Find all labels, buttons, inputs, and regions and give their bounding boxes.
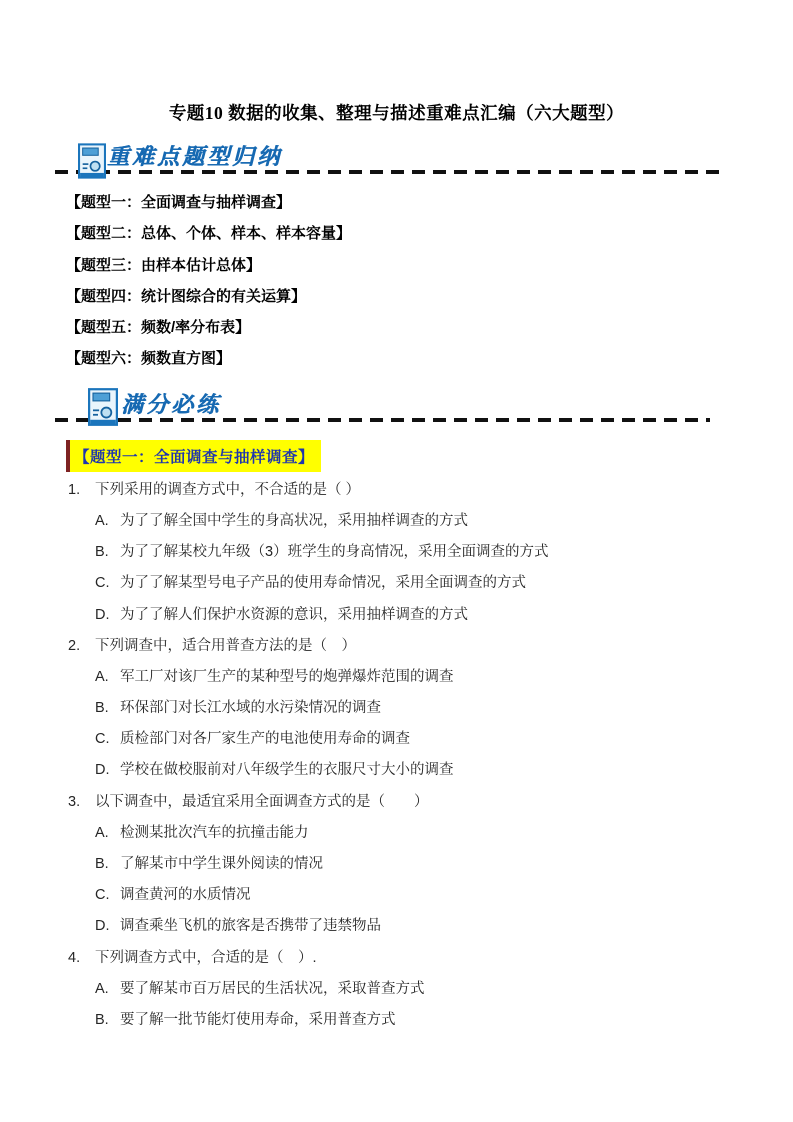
- question-block: 3.以下调查中，最适宜采用全面调查方式的是（ ） A.检测某批次汽车的抗撞击能力…: [68, 787, 793, 943]
- option-text: 检测某批次汽车的抗撞击能力: [120, 825, 309, 841]
- topic-type-item: 【题型六：频数直方图】: [66, 343, 793, 374]
- option-label: B.: [95, 1005, 120, 1036]
- option-text: 要了解某市百万居民的生活状况，采取普查方式: [120, 981, 425, 997]
- banner-key-points: 重难点题型归纳: [55, 137, 723, 175]
- option-text: 军工厂对该厂生产的某种型号的炮弹爆炸范围的调查: [120, 669, 454, 685]
- option-label: D.: [95, 755, 120, 786]
- option-label: C.: [95, 568, 120, 599]
- question-block: 1.下列采用的调查方式中，不合适的是（ ） A.为了了解全国中学生的身高状况，采…: [68, 475, 793, 631]
- topic-type-list: 【题型一：全面调查与抽样调查】 【题型二：总体、个体、样本、样本容量】 【题型三…: [66, 187, 793, 375]
- option-label: D.: [95, 600, 120, 631]
- option-label: C.: [95, 724, 120, 755]
- option-text: 为了了解某型号电子产品的使用寿命情况，采用全面调查的方式: [120, 575, 526, 591]
- question-stem: 下列采用的调查方式中，不合适的是（ ）: [95, 482, 360, 498]
- option-row: C.质检部门对各厂家生产的电池使用寿命的调查: [68, 724, 793, 755]
- section-heading: 【题型一：全面调查与抽样调查】: [66, 440, 321, 472]
- option-row: B.环保部门对长江水域的水污染情况的调查: [68, 693, 793, 724]
- question-block: 4.下列调查方式中，合适的是（ ）. A.要了解某市百万居民的生活状况，采取普查…: [68, 943, 793, 1037]
- option-text: 为了了解全国中学生的身高状况，采用抽样调查的方式: [120, 513, 468, 529]
- question-stem-row: 3.以下调查中，最适宜采用全面调查方式的是（ ）: [68, 787, 793, 818]
- option-row: A.为了了解全国中学生的身高状况，采用抽样调查的方式: [68, 506, 793, 537]
- option-label: A.: [95, 974, 120, 1005]
- banner-practice: 满分必练: [55, 381, 710, 423]
- option-row: A.要了解某市百万居民的生活状况，采取普查方式: [68, 974, 793, 1005]
- option-label: C.: [95, 880, 120, 911]
- option-text: 调查乘坐飞机的旅客是否携带了违禁物品: [120, 918, 381, 934]
- option-label: B.: [95, 849, 120, 880]
- banner-key-points-label: 重难点题型归纳: [107, 140, 282, 171]
- option-row: B.为了了解某校九年级（3）班学生的身高情况，采用全面调查的方式: [68, 537, 793, 568]
- option-row: C.为了了解某型号电子产品的使用寿命情况，采用全面调查的方式: [68, 568, 793, 599]
- page-title: 专题10 数据的收集、整理与描述重难点汇编（六大题型）: [0, 0, 793, 125]
- option-label: A.: [95, 506, 120, 537]
- option-row: B.了解某市中学生课外阅读的情况: [68, 849, 793, 880]
- option-text: 质检部门对各厂家生产的电池使用寿命的调查: [120, 731, 410, 747]
- question-block: 2.下列调查中，适合用普查方法的是（ ） A.军工厂对该厂生产的某种型号的炮弹爆…: [68, 631, 793, 787]
- question-stem: 下列调查方式中，合适的是（ ）.: [95, 950, 317, 966]
- question-stem: 以下调查中，最适宜采用全面调查方式的是（ ）: [95, 794, 429, 810]
- question-stem-row: 4.下列调查方式中，合适的是（ ）.: [68, 943, 793, 974]
- document-search-icon: [88, 387, 118, 427]
- question-number: 4.: [68, 943, 95, 974]
- option-text: 调查黄河的水质情况: [120, 887, 251, 903]
- option-row: B.要了解一批节能灯使用寿命，采用普查方式: [68, 1005, 793, 1036]
- question-number: 2.: [68, 631, 95, 662]
- option-label: B.: [95, 693, 120, 724]
- topic-type-item: 【题型一：全面调查与抽样调查】: [66, 187, 793, 218]
- document-search-icon: [78, 143, 106, 179]
- option-row: C.调查黄河的水质情况: [68, 880, 793, 911]
- topic-type-item: 【题型四：统计图综合的有关运算】: [66, 281, 793, 312]
- option-label: A.: [95, 818, 120, 849]
- option-text: 了解某市中学生课外阅读的情况: [120, 856, 323, 872]
- option-row: A.检测某批次汽车的抗撞击能力: [68, 818, 793, 849]
- option-row: D.为了了解人们保护水资源的意识，采用抽样调查的方式: [68, 600, 793, 631]
- option-row: D.学校在做校服前对八年级学生的衣服尺寸大小的调查: [68, 755, 793, 786]
- option-text: 要了解一批节能灯使用寿命，采用普查方式: [120, 1012, 396, 1028]
- topic-type-item: 【题型二：总体、个体、样本、样本容量】: [66, 218, 793, 249]
- banner-practice-label: 满分必练: [121, 388, 221, 419]
- option-text: 为了了解人们保护水资源的意识，采用抽样调查的方式: [120, 607, 468, 623]
- option-label: A.: [95, 662, 120, 693]
- option-text: 学校在做校服前对八年级学生的衣服尺寸大小的调查: [120, 762, 454, 778]
- topic-type-item: 【题型三：由样本估计总体】: [66, 250, 793, 281]
- question-number: 3.: [68, 787, 95, 818]
- question-stem: 下列调查中，适合用普查方法的是（ ）: [95, 638, 356, 654]
- option-text: 环保部门对长江水域的水污染情况的调查: [120, 700, 381, 716]
- question-stem-row: 2.下列调查中，适合用普查方法的是（ ）: [68, 631, 793, 662]
- question-list: 1.下列采用的调查方式中，不合适的是（ ） A.为了了解全国中学生的身高状况，采…: [68, 475, 793, 1036]
- option-row: A.军工厂对该厂生产的某种型号的炮弹爆炸范围的调查: [68, 662, 793, 693]
- question-stem-row: 1.下列采用的调查方式中，不合适的是（ ）: [68, 475, 793, 506]
- option-text: 为了了解某校九年级（3）班学生的身高情况，采用全面调查的方式: [120, 544, 549, 560]
- option-label: B.: [95, 537, 120, 568]
- worksheet-page: 专题10 数据的收集、整理与描述重难点汇编（六大题型） 重难点题型归纳 【题型一…: [0, 0, 793, 1122]
- option-row: D.调查乘坐飞机的旅客是否携带了违禁物品: [68, 911, 793, 942]
- option-label: D.: [95, 911, 120, 942]
- question-number: 1.: [68, 475, 95, 506]
- topic-type-item: 【题型五：频数/率分布表】: [66, 312, 793, 343]
